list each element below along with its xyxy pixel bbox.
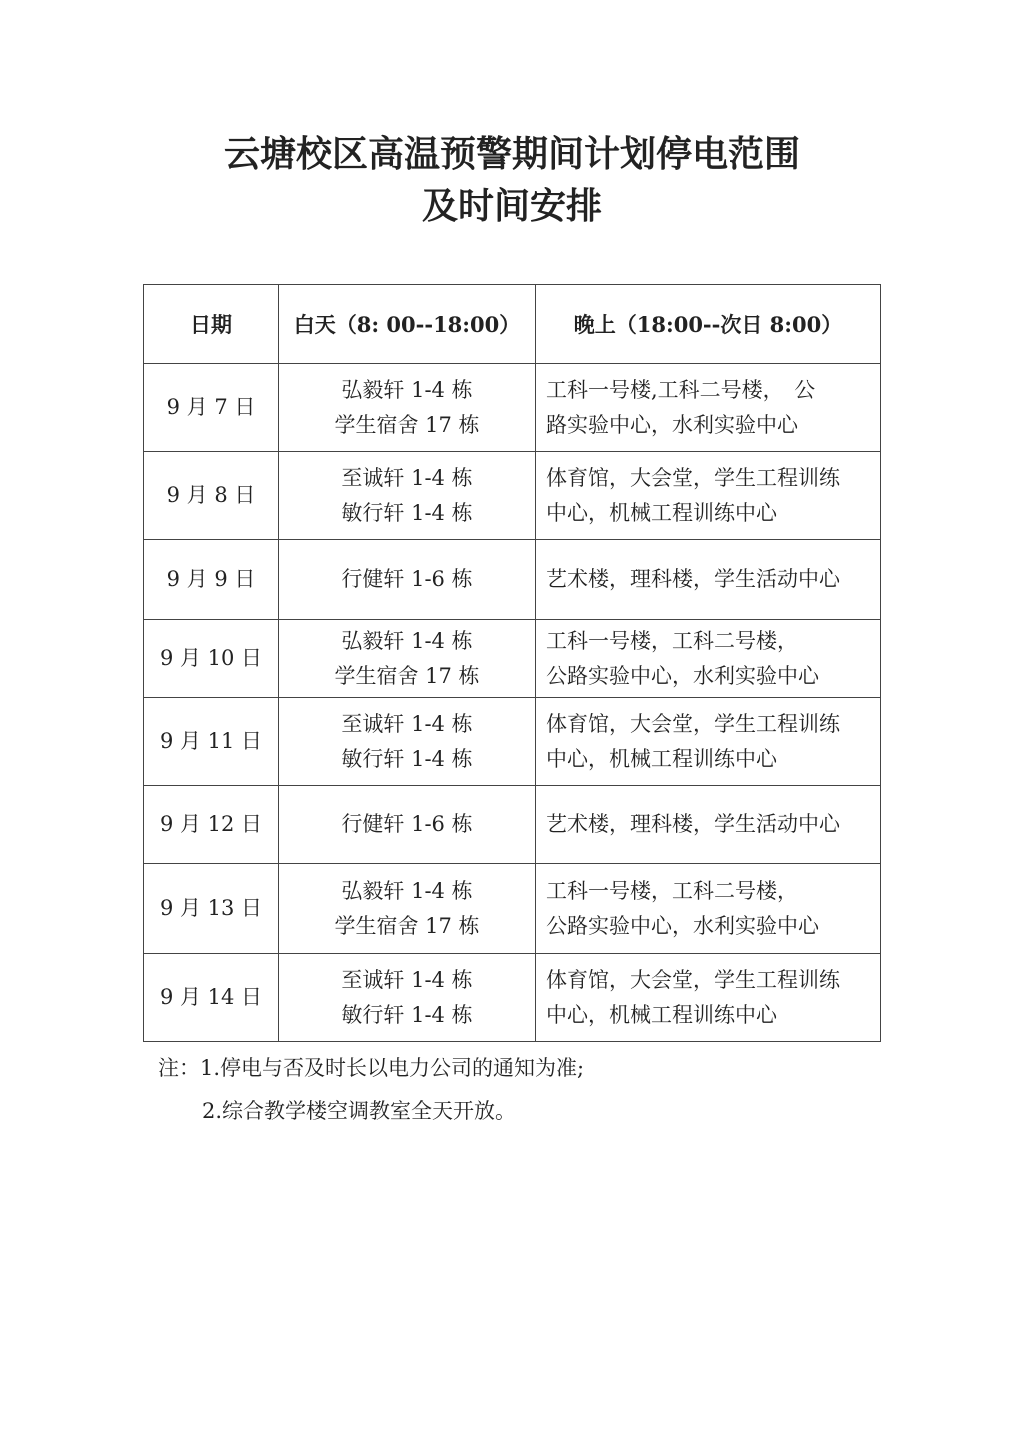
note-1: 注：1.停电与否及时长以电力公司的通知为准;	[158, 1050, 584, 1086]
daytime-cell: 至诚轩 1-4 栋敏行轩 1-4 栋	[279, 452, 536, 540]
document-title-line2: 及时间安排	[0, 180, 1024, 232]
header-daytime: 白天（8: 00--18:00）	[279, 285, 536, 364]
table-row: 9 月 8 日至诚轩 1-4 栋敏行轩 1-4 栋体育馆，大会堂，学生工程训练中…	[144, 452, 881, 540]
date-cell: 9 月 9 日	[144, 540, 279, 620]
night-cell-line: 公路实验中心，水利实验中心	[546, 909, 874, 944]
night-cell-line: 体育馆，大会堂，学生工程训练	[546, 707, 874, 742]
night-cell: 艺术楼，理科楼，学生活动中心	[536, 540, 881, 620]
daytime-cell-line: 学生宿舍 17 栋	[285, 408, 529, 443]
document-title-line1: 云塘校区高温预警期间计划停电范围	[0, 128, 1024, 180]
daytime-cell: 行健轩 1-6 栋	[279, 786, 536, 864]
night-cell: 体育馆，大会堂，学生工程训练中心，机械工程训练中心	[536, 698, 881, 786]
daytime-cell-line: 弘毅轩 1-4 栋	[285, 624, 529, 659]
night-cell-line: 中心，机械工程训练中心	[546, 496, 874, 531]
date-cell: 9 月 10 日	[144, 620, 279, 698]
night-cell-line: 工科一号楼，工科二号楼，	[546, 624, 874, 659]
table-row: 9 月 12 日行健轩 1-6 栋艺术楼，理科楼，学生活动中心	[144, 786, 881, 864]
daytime-cell-line: 敏行轩 1-4 栋	[285, 496, 529, 531]
night-cell: 工科一号楼,工科二号楼， 公路实验中心，水利实验中心	[536, 364, 881, 452]
note-2: 2.综合教学楼空调教室全天开放。	[202, 1093, 516, 1129]
header-date: 日期	[144, 285, 279, 364]
table-row: 9 月 9 日行健轩 1-6 栋艺术楼，理科楼，学生活动中心	[144, 540, 881, 620]
date-cell: 9 月 11 日	[144, 698, 279, 786]
night-cell-line: 公路实验中心，水利实验中心	[546, 659, 874, 694]
night-cell-line: 体育馆，大会堂，学生工程训练	[546, 963, 874, 998]
night-cell-line: 工科一号楼,工科二号楼， 公	[546, 373, 874, 408]
daytime-cell-line: 学生宿舍 17 栋	[285, 659, 529, 694]
date-cell: 9 月 7 日	[144, 364, 279, 452]
table-row: 9 月 7 日弘毅轩 1-4 栋学生宿舍 17 栋工科一号楼,工科二号楼， 公路…	[144, 364, 881, 452]
date-cell: 9 月 13 日	[144, 864, 279, 954]
date-cell: 9 月 14 日	[144, 954, 279, 1042]
daytime-cell-line: 至诚轩 1-4 栋	[285, 963, 529, 998]
night-cell: 工科一号楼，工科二号楼，公路实验中心，水利实验中心	[536, 620, 881, 698]
daytime-cell-line: 行健轩 1-6 栋	[285, 562, 529, 597]
night-cell: 工科一号楼，工科二号楼，公路实验中心，水利实验中心	[536, 864, 881, 954]
date-cell: 9 月 8 日	[144, 452, 279, 540]
daytime-cell: 弘毅轩 1-4 栋学生宿舍 17 栋	[279, 620, 536, 698]
table-row: 9 月 14 日至诚轩 1-4 栋敏行轩 1-4 栋体育馆，大会堂，学生工程训练…	[144, 954, 881, 1042]
daytime-cell: 至诚轩 1-4 栋敏行轩 1-4 栋	[279, 954, 536, 1042]
daytime-cell: 弘毅轩 1-4 栋学生宿舍 17 栋	[279, 864, 536, 954]
daytime-cell: 弘毅轩 1-4 栋学生宿舍 17 栋	[279, 364, 536, 452]
night-cell: 体育馆，大会堂，学生工程训练中心，机械工程训练中心	[536, 954, 881, 1042]
daytime-cell-line: 行健轩 1-6 栋	[285, 807, 529, 842]
table-header-row: 日期 白天（8: 00--18:00） 晚上（18:00--次日 8:00）	[144, 285, 881, 364]
header-night: 晚上（18:00--次日 8:00）	[536, 285, 881, 364]
night-cell-line: 路实验中心，水利实验中心	[546, 408, 874, 443]
night-cell-line: 中心，机械工程训练中心	[546, 742, 874, 777]
night-cell-line: 艺术楼，理科楼，学生活动中心	[546, 562, 874, 597]
daytime-cell-line: 敏行轩 1-4 栋	[285, 742, 529, 777]
daytime-cell-line: 至诚轩 1-4 栋	[285, 707, 529, 742]
daytime-cell-line: 弘毅轩 1-4 栋	[285, 874, 529, 909]
daytime-cell-line: 学生宿舍 17 栋	[285, 909, 529, 944]
night-cell-line: 工科一号楼，工科二号楼，	[546, 874, 874, 909]
table-row: 9 月 10 日弘毅轩 1-4 栋学生宿舍 17 栋工科一号楼，工科二号楼，公路…	[144, 620, 881, 698]
daytime-cell-line: 弘毅轩 1-4 栋	[285, 373, 529, 408]
daytime-cell-line: 敏行轩 1-4 栋	[285, 998, 529, 1033]
table-row: 9 月 13 日弘毅轩 1-4 栋学生宿舍 17 栋工科一号楼，工科二号楼，公路…	[144, 864, 881, 954]
daytime-cell: 至诚轩 1-4 栋敏行轩 1-4 栋	[279, 698, 536, 786]
date-cell: 9 月 12 日	[144, 786, 279, 864]
night-cell-line: 艺术楼，理科楼，学生活动中心	[546, 807, 874, 842]
night-cell-line: 体育馆，大会堂，学生工程训练	[546, 461, 874, 496]
daytime-cell-line: 至诚轩 1-4 栋	[285, 461, 529, 496]
night-cell: 体育馆，大会堂，学生工程训练中心，机械工程训练中心	[536, 452, 881, 540]
night-cell: 艺术楼，理科楼，学生活动中心	[536, 786, 881, 864]
table-row: 9 月 11 日至诚轩 1-4 栋敏行轩 1-4 栋体育馆，大会堂，学生工程训练…	[144, 698, 881, 786]
daytime-cell: 行健轩 1-6 栋	[279, 540, 536, 620]
night-cell-line: 中心，机械工程训练中心	[546, 998, 874, 1033]
power-outage-schedule-table: 日期 白天（8: 00--18:00） 晚上（18:00--次日 8:00） 9…	[143, 284, 881, 1042]
